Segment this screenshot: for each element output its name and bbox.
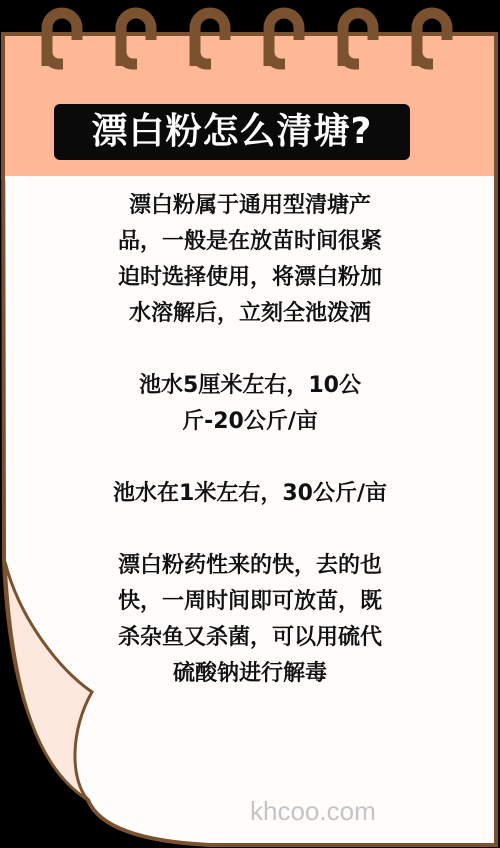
text-line: 斤-20公斤/亩 xyxy=(70,404,430,440)
text-line: 漂白粉属于通用型清塘产 xyxy=(70,188,430,224)
text-line: 硫酸钠进行解毒 xyxy=(70,656,430,692)
paragraph-effect: 漂白粉药性来的快，去的也 快，一周时间即可放苗，既 杀杂鱼又杀菌，可以用硫代 硫… xyxy=(70,548,430,692)
paragraph-intro: 漂白粉属于通用型清塘产 品，一般是在放苗时间很紧 迫时选择使用，将漂白粉加 水溶… xyxy=(70,188,430,332)
paragraph-dosage-shallow: 池水5厘米左右，10公 斤-20公斤/亩 xyxy=(70,368,430,440)
text-line: 快，一周时间即可放苗，既 xyxy=(70,584,430,620)
text-line: 品，一般是在放苗时间很紧 xyxy=(70,224,430,260)
watermark: khcoo.com xyxy=(250,796,376,827)
paragraph-dosage-deep: 池水在1米左右，30公斤/亩 xyxy=(70,476,430,512)
text-line: 池水在1米左右，30公斤/亩 xyxy=(70,476,430,512)
text-line: 水溶解后，立刻全池泼洒 xyxy=(70,296,430,332)
text-line: 池水5厘米左右，10公 xyxy=(70,368,430,404)
text-line: 迫时选择使用，将漂白粉加 xyxy=(70,260,430,296)
page-title: 漂白粉怎么清塘? xyxy=(54,104,410,160)
article-body: 漂白粉属于通用型清塘产 品，一般是在放苗时间很紧 迫时选择使用，将漂白粉加 水溶… xyxy=(70,188,430,728)
text-line: 杀杂鱼又杀菌，可以用硫代 xyxy=(70,620,430,656)
text-line: 漂白粉药性来的快，去的也 xyxy=(70,548,430,584)
